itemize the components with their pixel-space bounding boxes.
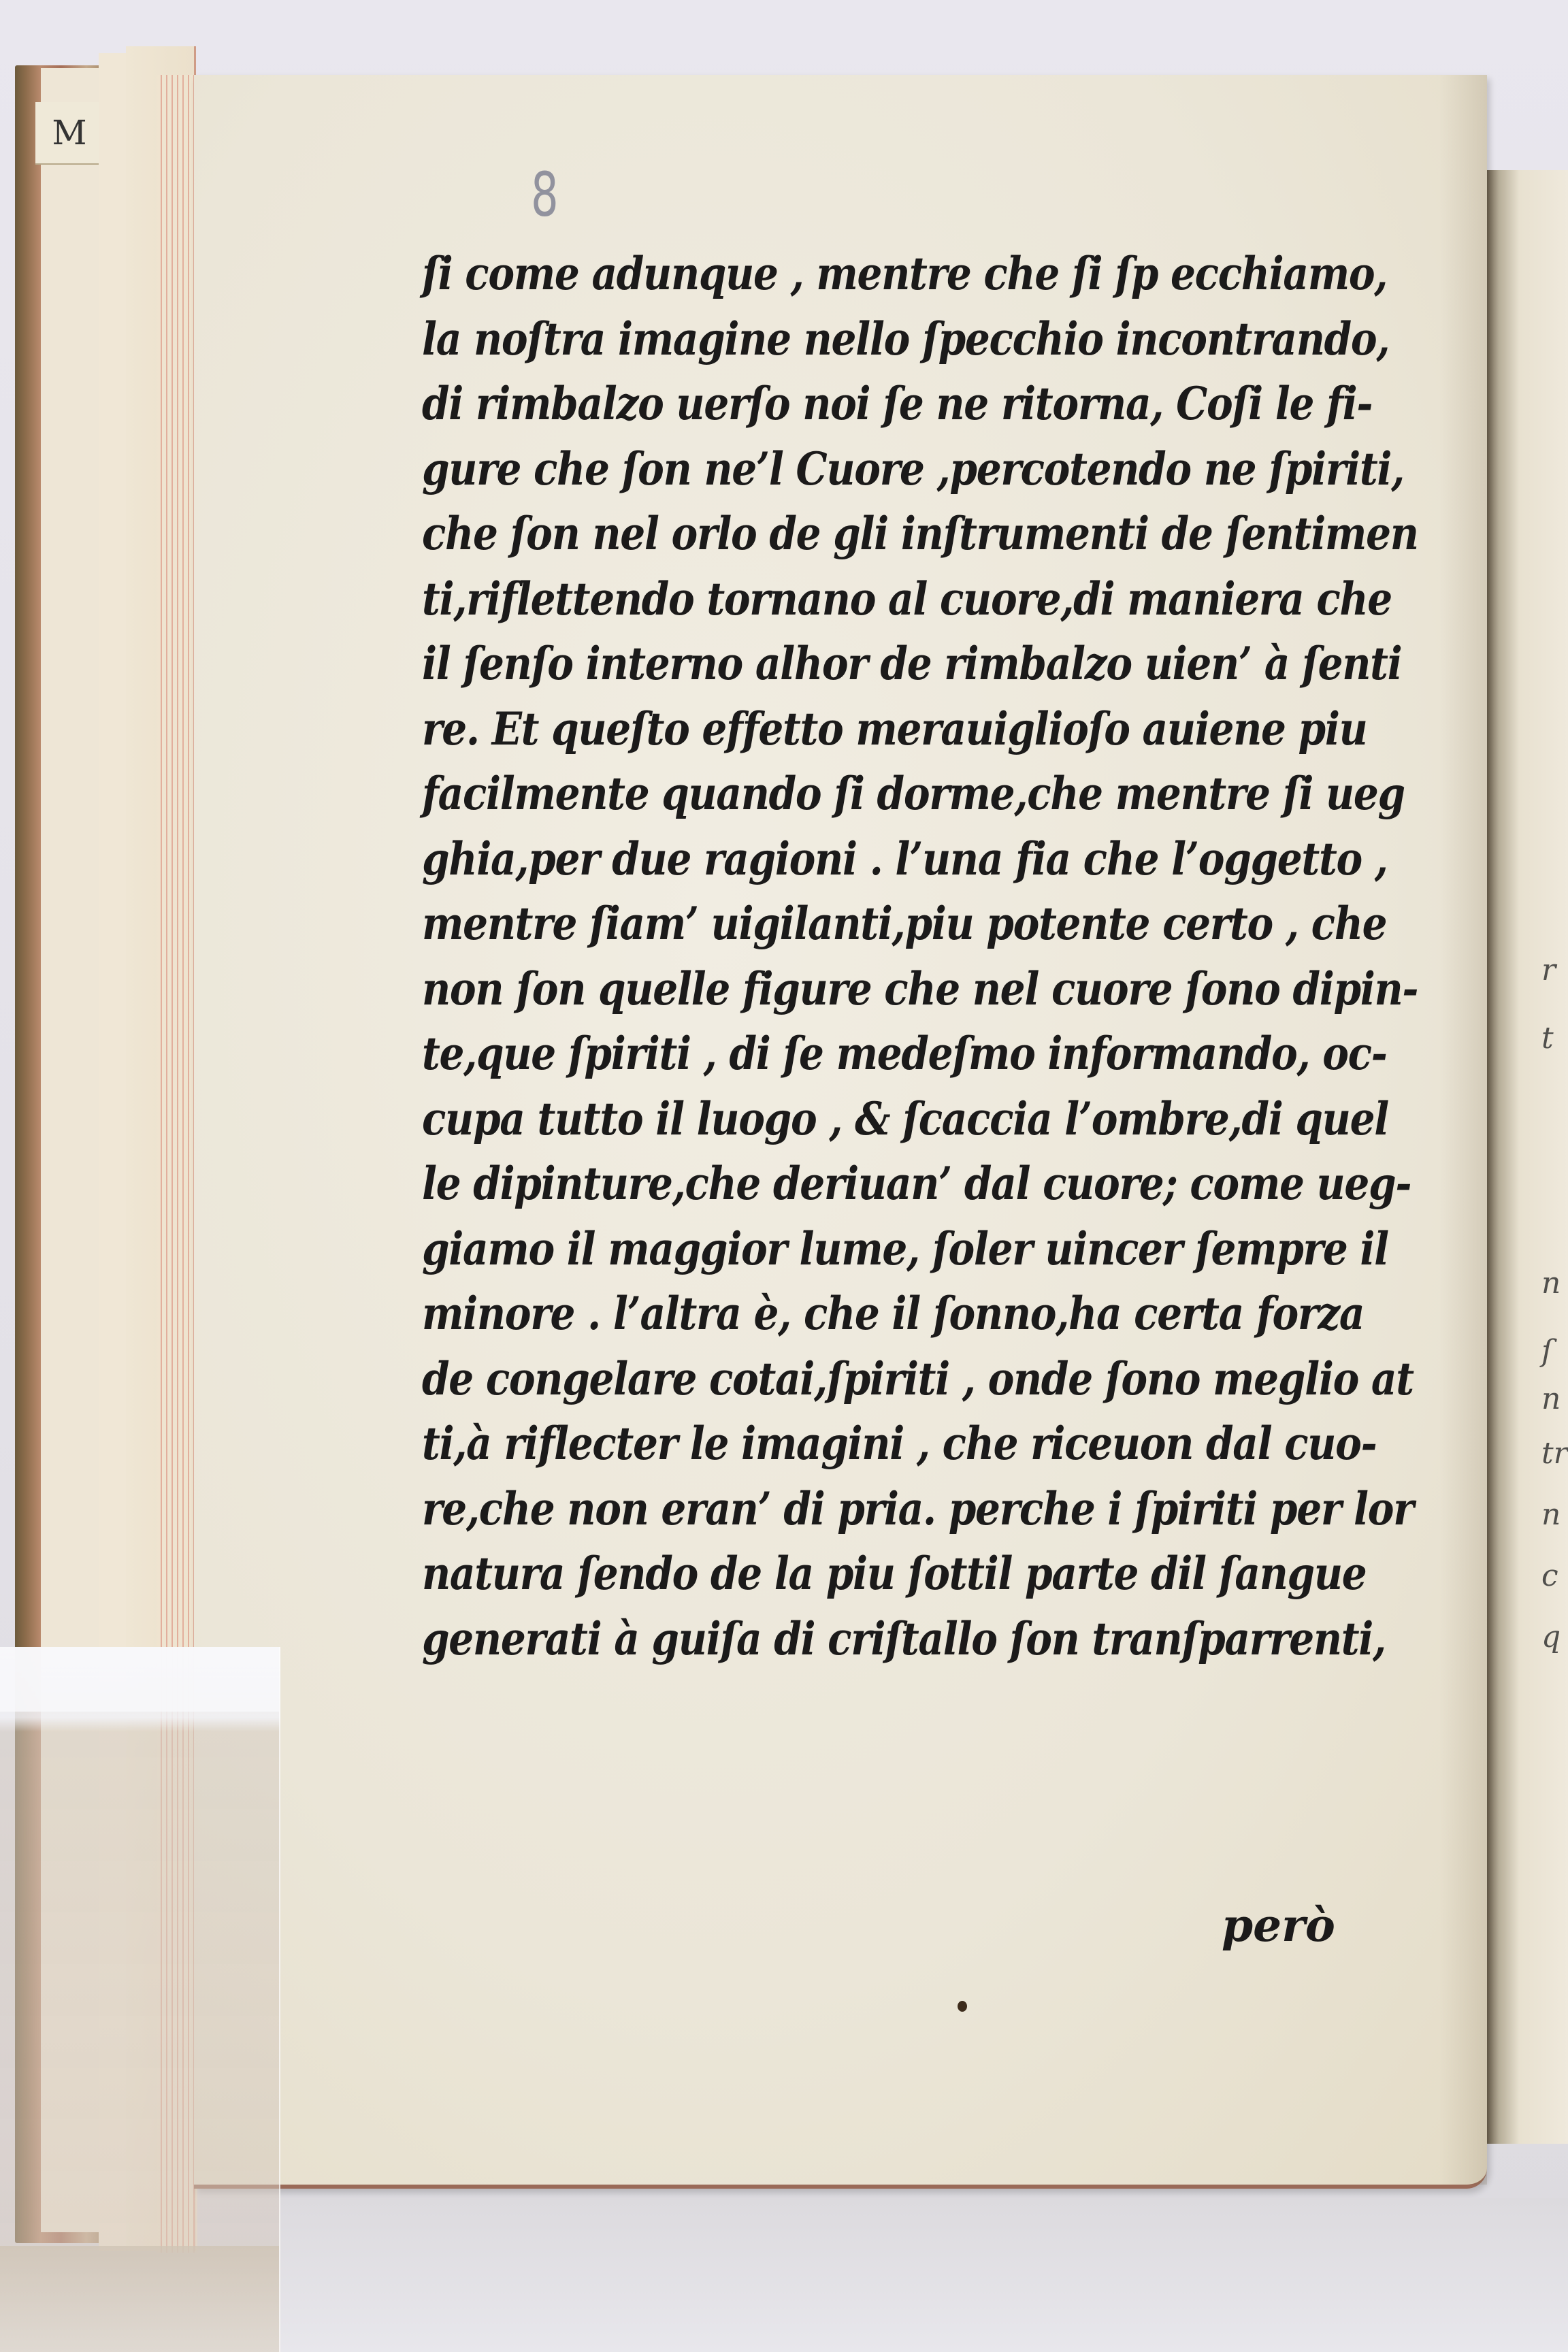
facing-page-fragment: ſ	[1541, 1334, 1552, 1369]
text-line: generati à guiſa di criſtallo ſon tranſp…	[422, 1607, 1368, 1672]
catchword: però	[1222, 1899, 1335, 1952]
text-line: la noſtra imagine nello ſpecchio incontr…	[422, 307, 1368, 372]
ink-spot	[958, 2001, 967, 2012]
facing-page-fragment: c	[1541, 1558, 1558, 1593]
text-line: il ſenſo interno alhor de rimbalzo uien’…	[422, 632, 1368, 697]
text-line: ſi come adunque , mentre che ſi ſp ecchi…	[422, 242, 1368, 307]
text-line: facilmente quando ſi dorme,che mentre ſi…	[422, 762, 1368, 827]
text-line: cupa tutto il luogo , & ſcaccia l’ombre,…	[422, 1087, 1368, 1152]
facing-page-fragment: n	[1541, 1382, 1561, 1416]
text-line: natura ſendo de la piu ſottil parte dil …	[422, 1541, 1368, 1607]
text-line: re. Et queſto effetto merauiglioſo auien…	[422, 697, 1368, 762]
page-text-block: ſi come adunque , mentre che ſi ſp ecchi…	[422, 242, 1497, 1671]
text-line: giamo il maggior lume, ſoler uincer ſemp…	[422, 1217, 1368, 1282]
spine-label-text: M	[52, 113, 86, 152]
text-line: non ſon quelle figure che nel cuore ſono…	[422, 957, 1368, 1022]
pencil-page-number: 8	[531, 160, 559, 231]
text-line: che ſon nel orlo de gli inſtrumenti de ſ…	[422, 502, 1368, 567]
text-line: ti,à riflecter le imagini , che riceuon …	[422, 1411, 1368, 1477]
spine-label: M	[35, 102, 103, 165]
table-surface	[279, 2198, 1568, 2352]
text-line: de congelare cotai,ſpiriti , onde ſono m…	[422, 1347, 1368, 1412]
facing-page-fragment: t	[1541, 1021, 1554, 1056]
text-line: minore . l’altra è, che il ſonno,ha cert…	[422, 1281, 1368, 1347]
text-line: le dipinture,che deriuan’ dal cuore; com…	[422, 1151, 1368, 1217]
text-line: gure che ſon ne’l Cuore ,percotendo ne ſ…	[422, 437, 1368, 502]
text-line: ghia,per due ragioni . l’una fia che l’o…	[422, 827, 1368, 892]
facing-page-fragment: n	[1541, 1266, 1561, 1301]
facing-page-glimpse	[1487, 170, 1568, 2144]
text-line: mentre ſiam’ uigilanti,piu potente certo…	[422, 892, 1368, 957]
facing-page-fragment: r	[1541, 953, 1556, 987]
text-line: re,che non eran’ di pria. perche i ſpiri…	[422, 1477, 1368, 1542]
facing-page-fragment: q	[1541, 1620, 1561, 1654]
facing-page-fragment: tr	[1541, 1436, 1568, 1471]
book-photo-scene: M r t n ſ n tr n c q 8 ſi come adunque ,…	[0, 0, 1568, 2352]
text-line: di rimbalzo uerſo noi ſe ne ritorna, Coſ…	[422, 372, 1368, 437]
stand-reflection	[0, 2246, 279, 2352]
text-line: te,que ſpiriti , di ſe medeſmo informand…	[422, 1022, 1368, 1087]
acrylic-stand-top-edge	[0, 1647, 279, 1712]
facing-page-fragment: n	[1541, 1497, 1561, 1532]
text-line: ti,riflettendo tornano al cuore,di manie…	[422, 567, 1368, 632]
